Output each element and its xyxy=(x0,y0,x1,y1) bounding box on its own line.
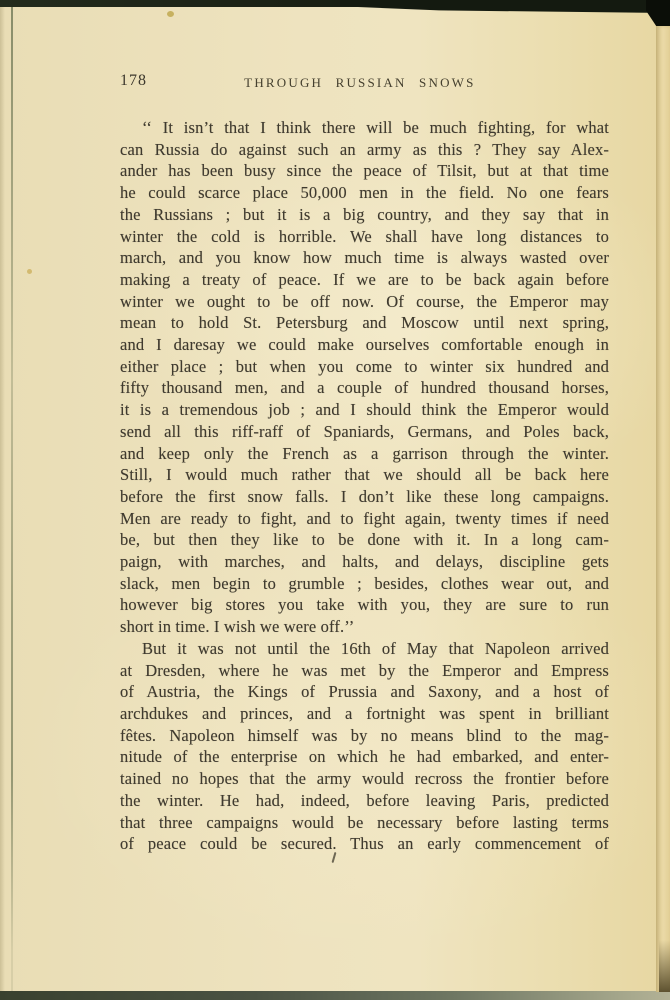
book-page-scan: 178 THROUGH RUSSIAN SNOWS ‘‘ It isn’t th… xyxy=(0,0,670,1000)
printed-content: 178 THROUGH RUSSIAN SNOWS ‘‘ It isn’t th… xyxy=(120,72,609,855)
text-line: it is a tremendous job ; and I should th… xyxy=(120,399,609,421)
text-line: fêtes. Napoleon himself was by no means … xyxy=(120,725,609,747)
page-stack-edge xyxy=(656,26,670,992)
text-line: fifty thousand men, and a couple of hund… xyxy=(120,377,609,399)
running-title: THROUGH RUSSIAN SNOWS xyxy=(244,75,475,91)
paper-speck xyxy=(167,11,174,17)
book-edge-top-shadow xyxy=(340,0,670,13)
text-line: and keep only the French as a garrison t… xyxy=(120,443,609,465)
text-line: the winter. He had, indeed, before leavi… xyxy=(120,790,609,812)
text-line: winter we ought to be off now. Of course… xyxy=(120,291,609,313)
text-line: ander has been busy since the peace of T… xyxy=(120,160,609,182)
page-number: 178 xyxy=(120,72,147,90)
text-line: be, but then they like to be done with i… xyxy=(120,529,609,551)
text-line: Men are ready to fight, and to fight aga… xyxy=(120,508,609,530)
text-line: mean to hold St. Petersburg and Moscow u… xyxy=(120,312,609,334)
page-header: 178 THROUGH RUSSIAN SNOWS xyxy=(120,72,609,94)
text-line: can Russia do against such an army as th… xyxy=(120,139,609,161)
text-line: however big stores you take with you, th… xyxy=(120,594,609,616)
text-line: that three campaigns would be necessary … xyxy=(120,812,609,834)
text-line: nitude of the enterprise on which he had… xyxy=(120,746,609,768)
text-line: either place ; but when you come to wint… xyxy=(120,356,609,378)
text-line: paign, with marches, and halts, and dela… xyxy=(120,551,609,573)
text-line: archdukes and princes, and a fortnight w… xyxy=(120,703,609,725)
text-line: ‘‘ It isn’t that I think there will be m… xyxy=(120,117,609,139)
text-line: short in time. I wish we were off.’’ xyxy=(120,616,609,638)
gutter-crease xyxy=(11,7,13,991)
book-corner-shadow xyxy=(646,0,670,28)
paragraph: ‘‘ It isn’t that I think there will be m… xyxy=(120,117,609,638)
text-line: slack, men begin to grumble ; besides, c… xyxy=(120,573,609,595)
text-line: tained no hopes that the army would recr… xyxy=(120,768,609,790)
text-line: But it was not until the 16th of May tha… xyxy=(120,638,609,660)
body-text: ‘‘ It isn’t that I think there will be m… xyxy=(120,117,609,855)
paper-speck xyxy=(27,269,32,274)
text-line: winter the cold is horrible. We shall ha… xyxy=(120,226,609,248)
text-line: of Austria, the Kings of Prussia and Sax… xyxy=(120,681,609,703)
text-line: before the first snow falls. I don’t lik… xyxy=(120,486,609,508)
paragraph: But it was not until the 16th of May tha… xyxy=(120,638,609,855)
left-edge-shade xyxy=(0,7,5,991)
page-stack-shadow xyxy=(659,940,670,992)
text-line: send all this riff-raff of Spaniards, Ge… xyxy=(120,421,609,443)
text-line: making a treaty of peace. If we are to b… xyxy=(120,269,609,291)
text-line: and I daresay we could make ourselves co… xyxy=(120,334,609,356)
text-line: at Dresden, where he was met by the Empe… xyxy=(120,660,609,682)
text-line: Still, I would much rather that we shoul… xyxy=(120,464,609,486)
text-line: of peace could be secured. Thus an early… xyxy=(120,833,609,855)
book-edge-bottom xyxy=(0,991,670,1000)
text-line: the Russians ; but it is a big country, … xyxy=(120,204,609,226)
text-line: march, and you know how much time is alw… xyxy=(120,247,609,269)
text-line: he could scarce place 50,000 men in the … xyxy=(120,182,609,204)
